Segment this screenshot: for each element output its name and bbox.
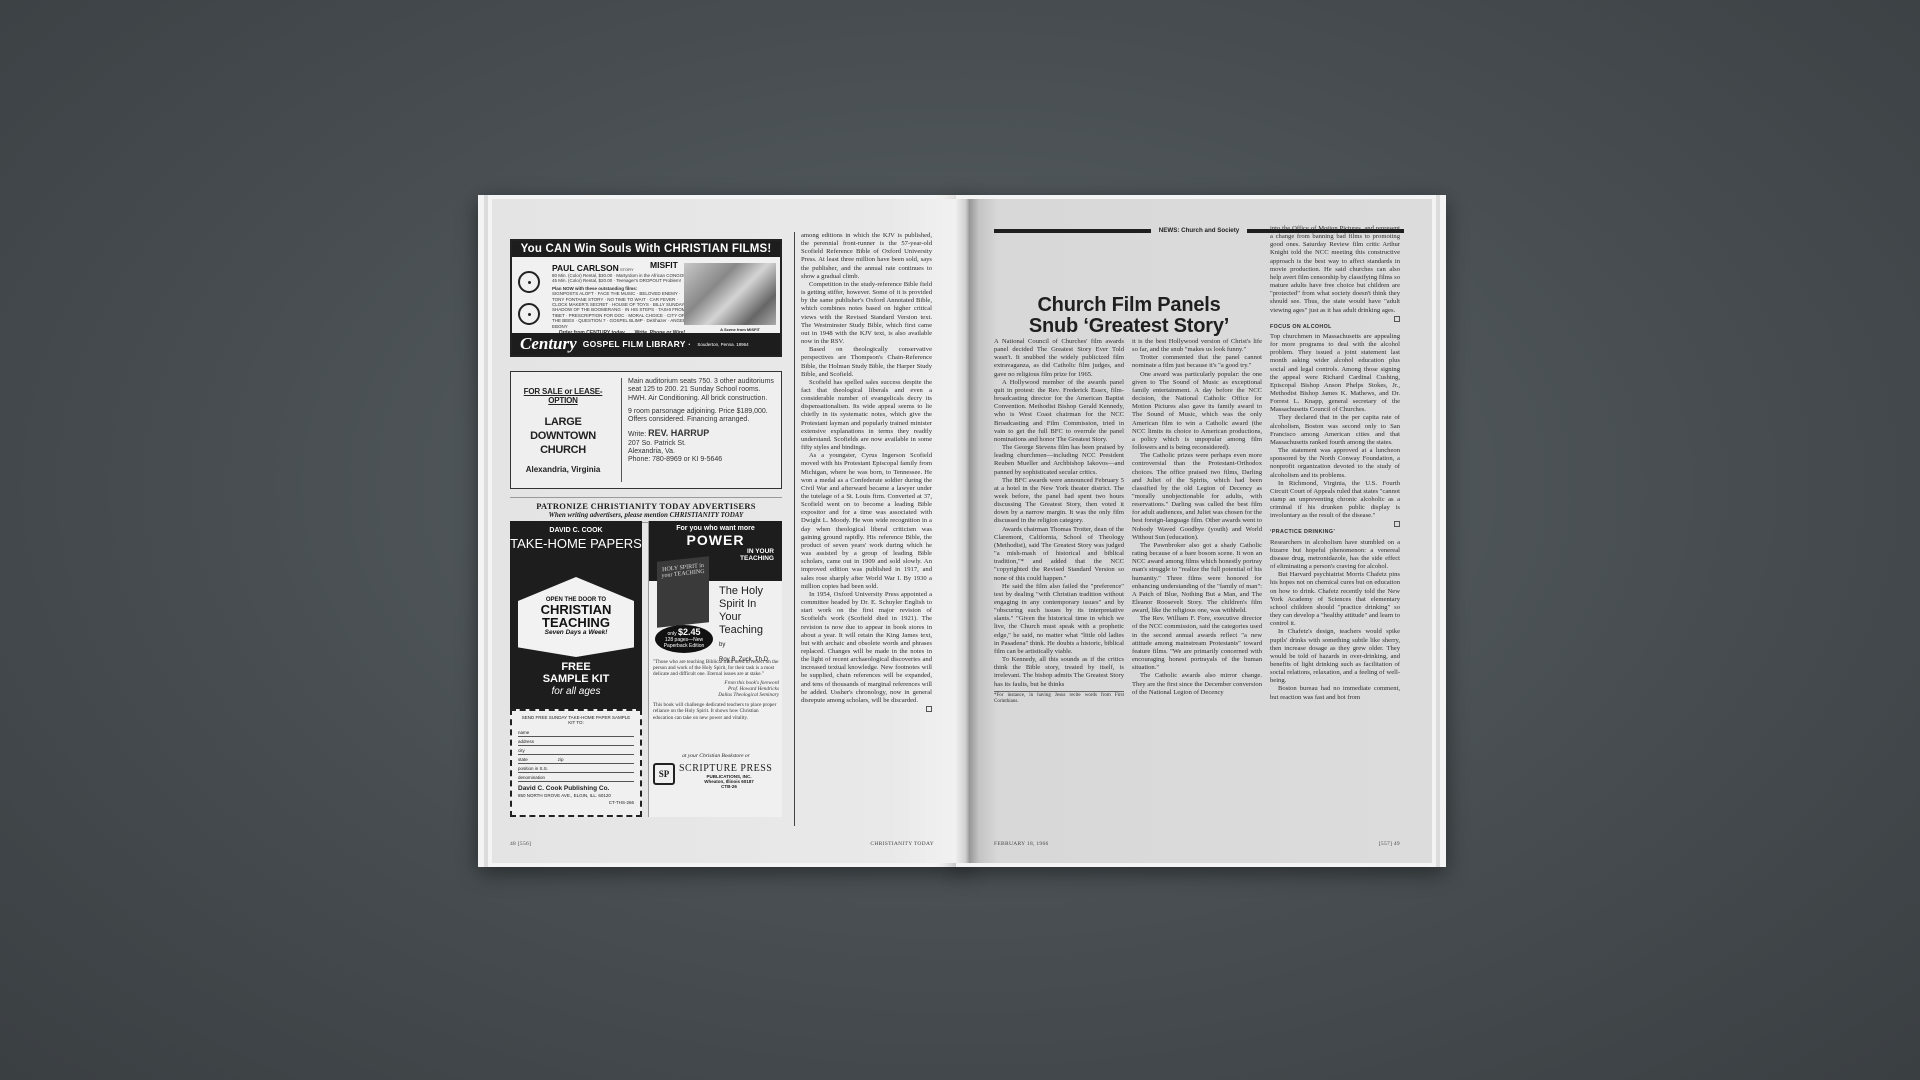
paragraph: To Kennedy, all this sounds as if the cr… — [994, 656, 1124, 689]
scripture-press-block: at your Christian Bookstore or SP SCRIPT… — [653, 753, 779, 789]
company: David C. Cook Publishing Co. — [518, 785, 634, 792]
paragraph: A Hollywood member of the awards panel q… — [994, 379, 1124, 444]
scofield-article-column: among editions in which the KJV is publi… — [794, 232, 932, 826]
patronize-notice: PATRONIZE CHRISTIANITY TODAY ADVERTISERS… — [510, 497, 782, 523]
coupon-field-city: city — [518, 747, 634, 755]
paragraph: into the Office of Motion Pictures, and … — [1270, 225, 1400, 315]
paragraph: One award was particularly popular: the … — [1132, 371, 1262, 453]
paragraph: In 1954, Oxford University Press appoint… — [801, 591, 932, 705]
paragraph: Competition in the study-reference Bible… — [801, 281, 932, 346]
price-badge: only $2.45 128 pages—New Paperback Editi… — [655, 625, 713, 653]
coupon-field-address: address — [518, 738, 634, 746]
in-your: IN YOUR — [649, 548, 782, 555]
article-column-1: A National Council of Churches' film awa… — [994, 338, 1124, 860]
address-1: 207 So. Patrick St. — [628, 440, 778, 448]
coupon-field-name: name — [518, 729, 634, 737]
paragraph: He said the film also failed the "prefer… — [994, 583, 1124, 656]
article-column-2: it is the best Hollywood version of Chri… — [1132, 338, 1262, 860]
end-mark-icon — [1394, 521, 1400, 527]
coupon-code: CT-THS-266 — [518, 799, 634, 806]
free: FREE — [510, 661, 642, 673]
publisher: DAVID C. COOK — [510, 527, 642, 534]
film2-details: 45 Min. (Color) Rental, $20.00 · Teenage… — [552, 278, 692, 283]
ad-headline: You CAN Win Souls With CHRISTIAN FILMS! — [512, 241, 780, 257]
at-bookstore: at your Christian Bookstore or — [653, 753, 779, 759]
subhead-practice-drinking: ‘PRACTICE DRINKING’ — [1270, 528, 1400, 536]
company-address: 850 NORTH GROVE AVE., ELGIN, ILL. 60120 — [518, 792, 634, 799]
sample-kit: SAMPLE KIT — [510, 673, 642, 685]
sample-kit-coupon: SEND FREE SUNDAY TAKE-HOME PAPER SAMPLE … — [510, 709, 642, 817]
paragraph: The Catholic awards also mirror change. … — [1132, 672, 1262, 696]
paragraph: In Richmond, Virginia, the U.S. Fourth C… — [1270, 480, 1400, 521]
price: $2.45 — [678, 627, 701, 637]
century-footer: Century GOSPEL FILM LIBRARY · Souderton,… — [512, 333, 780, 355]
patronize-line-2: When writing advertisers, please mention… — [510, 511, 782, 519]
paragraph: The BFC awards were announced February 5… — [994, 477, 1124, 526]
christian-teaching: CHRISTIAN TEACHING — [518, 603, 634, 629]
for-sale-label: FOR SALE or LEASE-OPTION — [511, 387, 615, 405]
right-folio: [557] 49 — [1379, 841, 1400, 847]
seven-days: Seven Days a Week! — [518, 629, 634, 636]
book-title: The Holy Spirit In Your Teaching — [719, 585, 779, 637]
film2-title: MISFIT — [650, 263, 678, 268]
church-place: Alexandria, Virginia — [526, 465, 601, 474]
attribution-3: Dallas Theological Seminary — [653, 692, 779, 698]
film-reel-icon — [518, 271, 540, 293]
left-folio: 48 [556] — [510, 841, 531, 847]
divider — [621, 378, 622, 482]
paragraph: Boston bureau had no immediate comment, … — [1270, 685, 1400, 701]
power: POWER — [649, 532, 782, 548]
paragraph: The statement was approved at a luncheon… — [1270, 447, 1400, 480]
paragraph: A National Council of Churches' film awa… — [994, 338, 1124, 379]
paragraph: The George Stevens film has been praised… — [994, 444, 1124, 477]
paragraph: Based on theologically conservative pers… — [801, 346, 932, 379]
contact-name: REV. HARRUP — [648, 428, 709, 438]
rule — [994, 229, 1151, 233]
patronize-line-1: PATRONIZE CHRISTIANITY TODAY ADVERTISERS — [510, 501, 782, 511]
price-note: 128 pages—New Paperback Edition — [655, 637, 713, 649]
paragraph: Trotter commented that the panel cannot … — [1132, 354, 1262, 370]
church-desc-1: Main auditorium seats 750. 3 other audit… — [628, 378, 778, 403]
product: TAKE-HOME PAPERS — [510, 537, 642, 551]
headline-line-1: Church Film Panels — [994, 295, 1264, 316]
church-sale-ad: FOR SALE or LEASE-OPTION LARGE DOWNTOWN … — [510, 371, 782, 489]
left-page: You CAN Win Souls With CHRISTIAN FILMS! … — [492, 199, 962, 863]
paragraph: Awards chairman Thomas Trotter, dean of … — [994, 526, 1124, 583]
film-reel-icon — [518, 303, 540, 325]
paragraph: They declared that in the per capita rat… — [1270, 414, 1400, 447]
book-body: This book will challenge dedicated teach… — [653, 702, 779, 721]
for-you: For you who want more — [649, 525, 782, 532]
headline-line-2: Snub ‘Greatest Story’ — [994, 316, 1264, 337]
free-kit-block: FREE SAMPLE KIT for all ages — [510, 661, 642, 698]
right-footer-date: FEBRUARY 18, 1966 — [994, 841, 1049, 847]
coupon-field-state: state — [518, 756, 528, 763]
quote-text: "Those who are teaching Biblical truth n… — [653, 659, 779, 678]
right-page: NEWS: Church and Society Church Film Pan… — [970, 199, 1432, 863]
paragraph: In Chafetz's design, teachers would spik… — [1270, 628, 1400, 685]
century-logo: Century — [520, 334, 577, 354]
david-cook-ad: DAVID C. COOK TAKE-HOME PAPERS OPEN THE … — [510, 521, 642, 817]
left-footer-title: CHRISTIANITY TODAY — [870, 841, 934, 847]
article-headline: Church Film Panels Snub ‘Greatest Story’ — [994, 295, 1264, 337]
book-quote: "Those who are teaching Biblical truth n… — [653, 659, 779, 721]
coupon-field-denomination: denomination — [518, 774, 634, 782]
paragraph: it is the best Hollywood version of Chri… — [1132, 338, 1262, 354]
section-label: NEWS: Church and Society — [1159, 227, 1239, 234]
church-title-2: CHURCH — [540, 443, 586, 457]
write-label: Write: — [628, 431, 646, 438]
film1-title: PAUL CARLSON — [552, 263, 619, 273]
coupon-field-position: position in S.S. — [518, 765, 634, 773]
paragraph: The Pawnbroker also got a shady Catholic… — [1132, 542, 1262, 615]
library-location: Souderton, Penna. 18964 — [697, 342, 748, 347]
end-mark-icon — [1394, 316, 1400, 322]
paragraph: The Rev. William F. Fore, executive dire… — [1132, 615, 1262, 672]
church-title-1: LARGE DOWNTOWN — [511, 415, 615, 443]
church-desc-2: 9 room parsonage adjoining. Price $189,0… — [628, 408, 778, 425]
photo-caption: A Scene from MISFIT — [720, 327, 760, 332]
book-cover: HOLY SPIRIT in your TEACHING — [657, 556, 709, 627]
end-mark-icon — [926, 706, 932, 712]
library-name: GOSPEL FILM LIBRARY · — [583, 339, 692, 349]
article-column-3: into the Office of Motion Pictures, and … — [1270, 225, 1400, 860]
film-list: SIGNPOSTS ALOFT · FACE THE MUSIC · BELOV… — [552, 291, 692, 329]
paragraph: among editions in which the KJV is publi… — [801, 232, 932, 281]
coupon-header: SEND FREE SUNDAY TAKE-HOME PAPER SAMPLE … — [518, 715, 634, 725]
sp-logo-icon: SP — [653, 763, 675, 785]
church-house-shape: OPEN THE DOOR TO CHRISTIAN TEACHING Seve… — [518, 577, 634, 657]
magazine-spread: You CAN Win Souls With CHRISTIAN FILMS! … — [478, 193, 1446, 869]
paragraph: But Harvard psychiatrist Morris Chafetz … — [1270, 571, 1400, 628]
misfit-photo — [684, 263, 776, 325]
address-2: Alexandria, Va. — [628, 448, 778, 456]
phone: Phone: 780-8969 or KI 9-5646 — [628, 456, 778, 464]
paragraph: Researchers in alcoholism have stumbled … — [1270, 539, 1400, 572]
paragraph: Scofield has spelled sales success despi… — [801, 379, 932, 452]
footnote: *For instance, in having Jesus recite wo… — [994, 691, 1124, 705]
paragraph: The Catholic prizes were perhaps even mo… — [1132, 452, 1262, 542]
paragraph: Top churchmen in Massachusetts are appea… — [1270, 333, 1400, 415]
century-films-ad: You CAN Win Souls With CHRISTIAN FILMS! … — [510, 239, 782, 357]
paragraph: As a youngster, Cyrus Ingerson Scofield … — [801, 452, 932, 591]
film1-suffix: STORY — [620, 267, 634, 272]
subhead-focus-on-alcohol: FOCUS ON ALCOHOL — [1270, 323, 1400, 331]
coupon-field-zip: zip — [558, 756, 564, 763]
book-title-block: The Holy Spirit In Your Teaching by Roy … — [719, 585, 779, 667]
film-reel-icons — [516, 265, 546, 335]
all-ages: for all ages — [552, 686, 601, 697]
by: by — [719, 639, 779, 652]
scripture-press-ad: For you who want more POWER IN YOUR TEAC… — [648, 521, 782, 817]
